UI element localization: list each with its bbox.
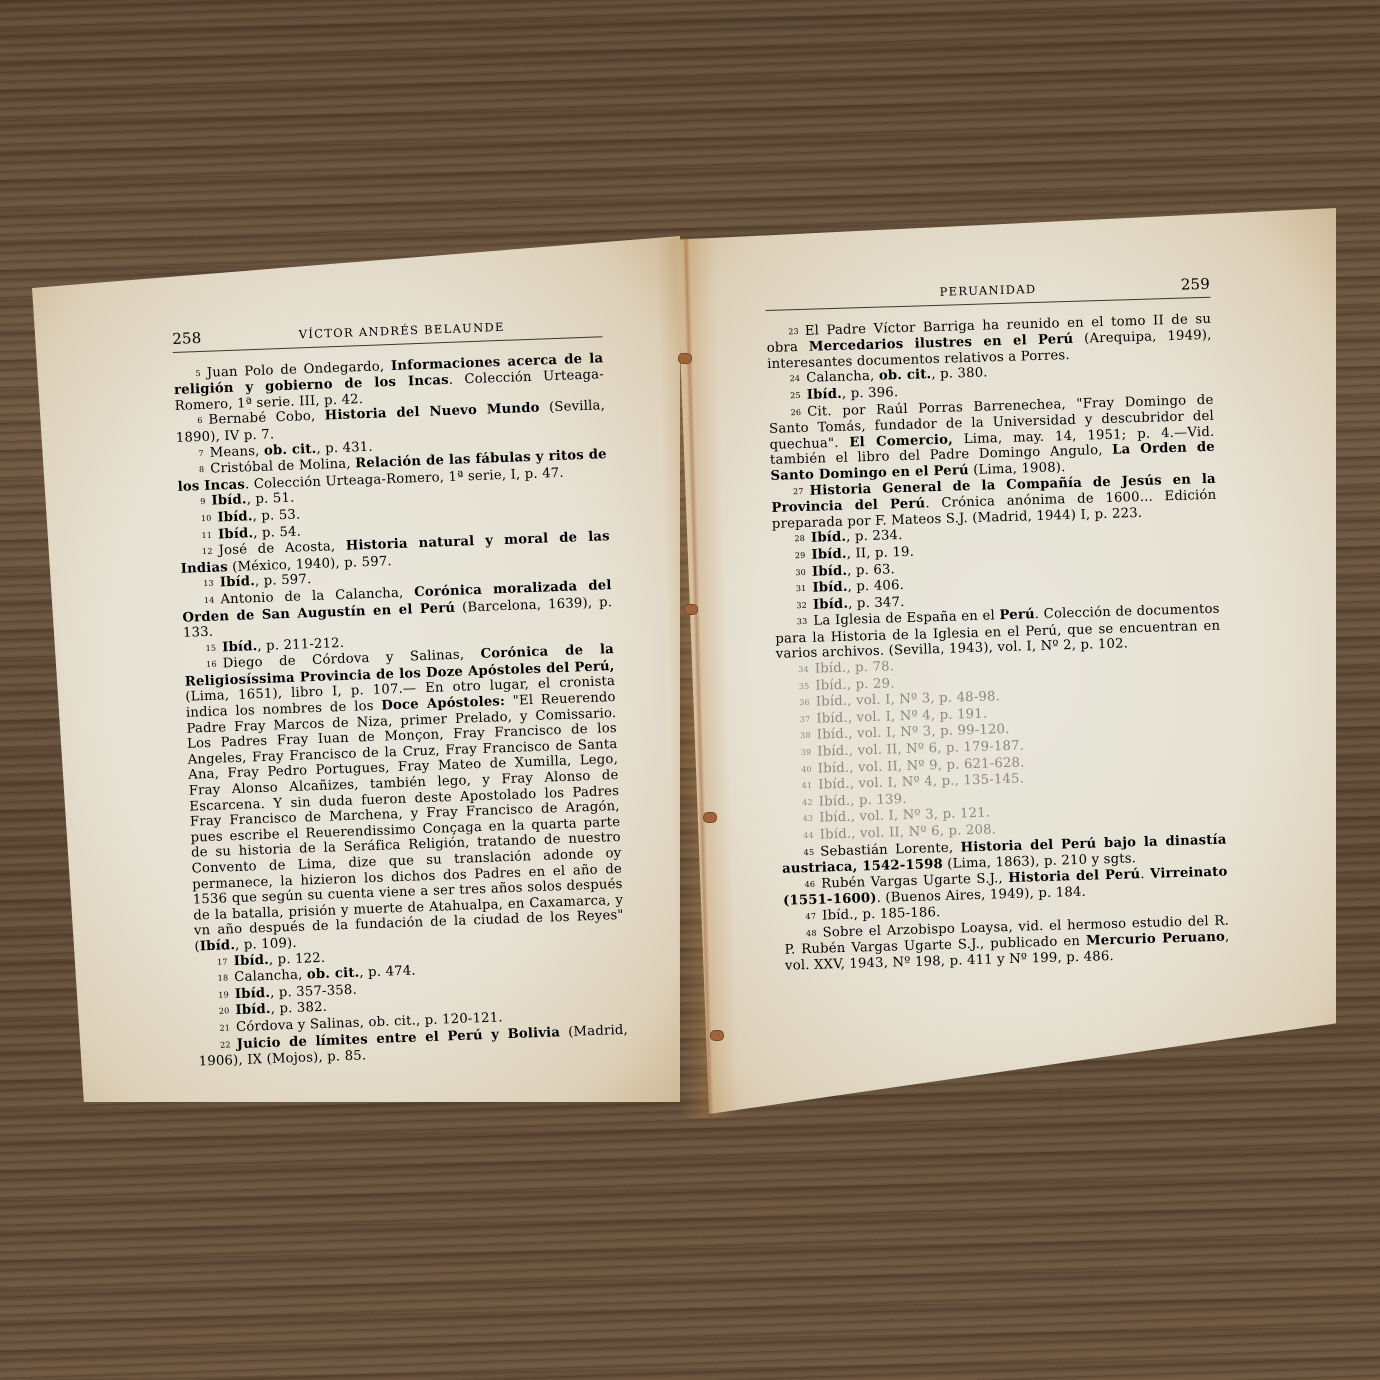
footnote-title: ob. cit.	[264, 441, 317, 458]
footnote-title: ob. cit.	[879, 367, 932, 384]
page-number: 259	[1181, 277, 1211, 293]
footnotes-list: 23El Padre Víctor Barriga ha reunido en …	[766, 311, 1230, 974]
footnote-title: Ibíd.	[222, 639, 258, 655]
footnote-number: 24	[790, 374, 801, 383]
footnote-title: ob. cit.	[307, 966, 360, 983]
footnote-title: Ibíd.	[812, 580, 848, 596]
footnote-number: 17	[217, 957, 228, 966]
footnote-title: Ibíd.	[813, 596, 849, 612]
footnotes-list: 5Juan Polo de Ondegardo, Informaciones a…	[173, 351, 629, 1070]
footnote-number: 44	[803, 831, 814, 840]
footnote-number: 19	[218, 990, 229, 999]
footnote-text: "El Reuerendo Padre Fray Marcos de Niza,…	[186, 690, 624, 954]
footnote-text: , p. 357-358.	[270, 982, 357, 1000]
footnote-number: 37	[800, 715, 811, 724]
footnote-text: , p. 431.	[316, 439, 373, 456]
footnote-number: 29	[795, 551, 806, 560]
footnote-title: Ibíd.	[812, 563, 848, 579]
footnote-number: 28	[794, 534, 805, 543]
footnote-number: 16	[206, 660, 217, 669]
footnote-text: , p. 396.	[842, 385, 899, 402]
footnote-number: 48	[806, 928, 817, 937]
footnote-text: , p. 122.	[269, 950, 326, 967]
footnote: 16Diego de Córdova y Salinas, Corónica d…	[184, 642, 625, 955]
footnote-number: 10	[201, 514, 212, 523]
footnote-text: .	[1140, 867, 1150, 882]
footnote-text: , p. 51.	[246, 491, 294, 508]
footnote-number: 15	[205, 643, 216, 652]
footnote-title: Ibíd.	[200, 938, 236, 954]
footnote-number: 21	[219, 1023, 230, 1032]
footnote-text: Ibíd., p. 78.	[815, 659, 895, 676]
footnote-title: Ibíd.	[811, 530, 847, 546]
footnote-text: Bernabé Cobo,	[208, 409, 325, 428]
footnote-text: , p. 382.	[270, 1000, 327, 1017]
footnote-number: 13	[203, 579, 214, 588]
footnote-text: , II, p. 19.	[846, 545, 914, 562]
footnote-title: Ibíd.	[235, 1002, 271, 1018]
footnote-title: Ibíd.	[220, 574, 256, 590]
footnote-number: 8	[199, 465, 205, 474]
footnote-number: 33	[797, 617, 808, 626]
footnote-title: Mercurio Peruano	[1086, 930, 1225, 949]
footnote-number: 41	[802, 781, 813, 790]
footnote-text: , p. 53.	[252, 507, 300, 524]
binding-stitch	[703, 812, 717, 823]
footnote-text: , p. 234.	[846, 528, 903, 545]
binding-stitch	[684, 604, 698, 615]
footnote-title: Ibíd.	[811, 547, 847, 563]
footnote-title: Historia del Perú	[1008, 867, 1140, 886]
footnote-number: 38	[800, 731, 811, 740]
footnote-number: 14	[204, 596, 215, 605]
footnote-number: 39	[801, 748, 812, 757]
footnote-title: Ibíd.	[235, 986, 271, 1002]
footnote-text: , p. 474.	[359, 964, 416, 981]
footnote-number: 31	[796, 584, 807, 593]
footnote-number: 30	[795, 567, 806, 576]
footnote-text: Calancha,	[806, 369, 879, 386]
footnote-text: , p. 63.	[847, 562, 895, 578]
footnote-number: 42	[802, 798, 813, 807]
footnote-text: , p. 211-212.	[257, 636, 344, 654]
binding-stitch	[678, 353, 692, 364]
footnote-number: 46	[805, 880, 816, 889]
footnote-number: 7	[198, 448, 204, 457]
footnote-number: 5	[195, 369, 201, 378]
footnote-number: 9	[200, 497, 206, 506]
footnote-text: Calancha,	[234, 968, 307, 986]
left-page-content: 258 VÍCTOR ANDRÉS BELAUNDE 5Juan Polo de…	[172, 316, 629, 1070]
footnote-number: 34	[798, 665, 809, 674]
footnote-number: 18	[218, 974, 229, 983]
footnote-title: Perú	[999, 607, 1035, 623]
footnote-number: 36	[799, 698, 810, 707]
footnote-number: 45	[804, 847, 815, 856]
footnote-text: , p. 54.	[253, 524, 301, 541]
footnote-number: 12	[202, 547, 213, 556]
footnote-number: 25	[790, 391, 801, 400]
footnote-title: Ibíd.	[218, 526, 254, 542]
footnote-title: Ibíd.	[217, 509, 253, 525]
footnote-title: Ibíd.	[211, 493, 247, 509]
footnote: 26Cit. por Raúl Porras Barrenechea, "Fra…	[768, 392, 1215, 484]
footnote-number: 43	[803, 814, 814, 823]
footnote-number: 6	[197, 416, 203, 425]
footnote-title: Ibíd.	[807, 387, 843, 403]
footnote-text: , p. 380.	[931, 366, 988, 383]
footnote-text: , p. 347.	[848, 595, 905, 612]
footnote-text: Ibíd., p. 139.	[819, 792, 907, 810]
footnote-text: Ibíd., p. 29.	[815, 676, 895, 693]
right-page-content: PERUANIDAD 259 23El Padre Víctor Barriga…	[765, 277, 1230, 974]
footnote-number: 23	[788, 327, 799, 336]
footnote-number: 11	[201, 530, 212, 539]
footnote-text: , p. 597.	[255, 572, 312, 589]
footnote-text: , p. 406.	[847, 578, 904, 595]
footnote-text: Means,	[209, 443, 264, 460]
footnote-text: , p. 109).	[235, 936, 297, 953]
page-number: 258	[172, 331, 202, 348]
footnote-text: Ibíd., p. 185-186.	[822, 905, 941, 924]
footnote-number: 26	[791, 408, 802, 417]
binding-stitch	[710, 1030, 724, 1041]
footnote-number: 47	[805, 912, 816, 921]
footnote-number: 27	[793, 486, 804, 495]
footnote-title: Ibíd.	[233, 952, 269, 968]
footnote-number: 32	[796, 601, 807, 610]
footnote-number: 35	[799, 682, 810, 691]
footnote-number: 20	[219, 1007, 230, 1016]
footnote-number: 22	[220, 1040, 231, 1049]
footnote-number: 40	[801, 764, 812, 773]
